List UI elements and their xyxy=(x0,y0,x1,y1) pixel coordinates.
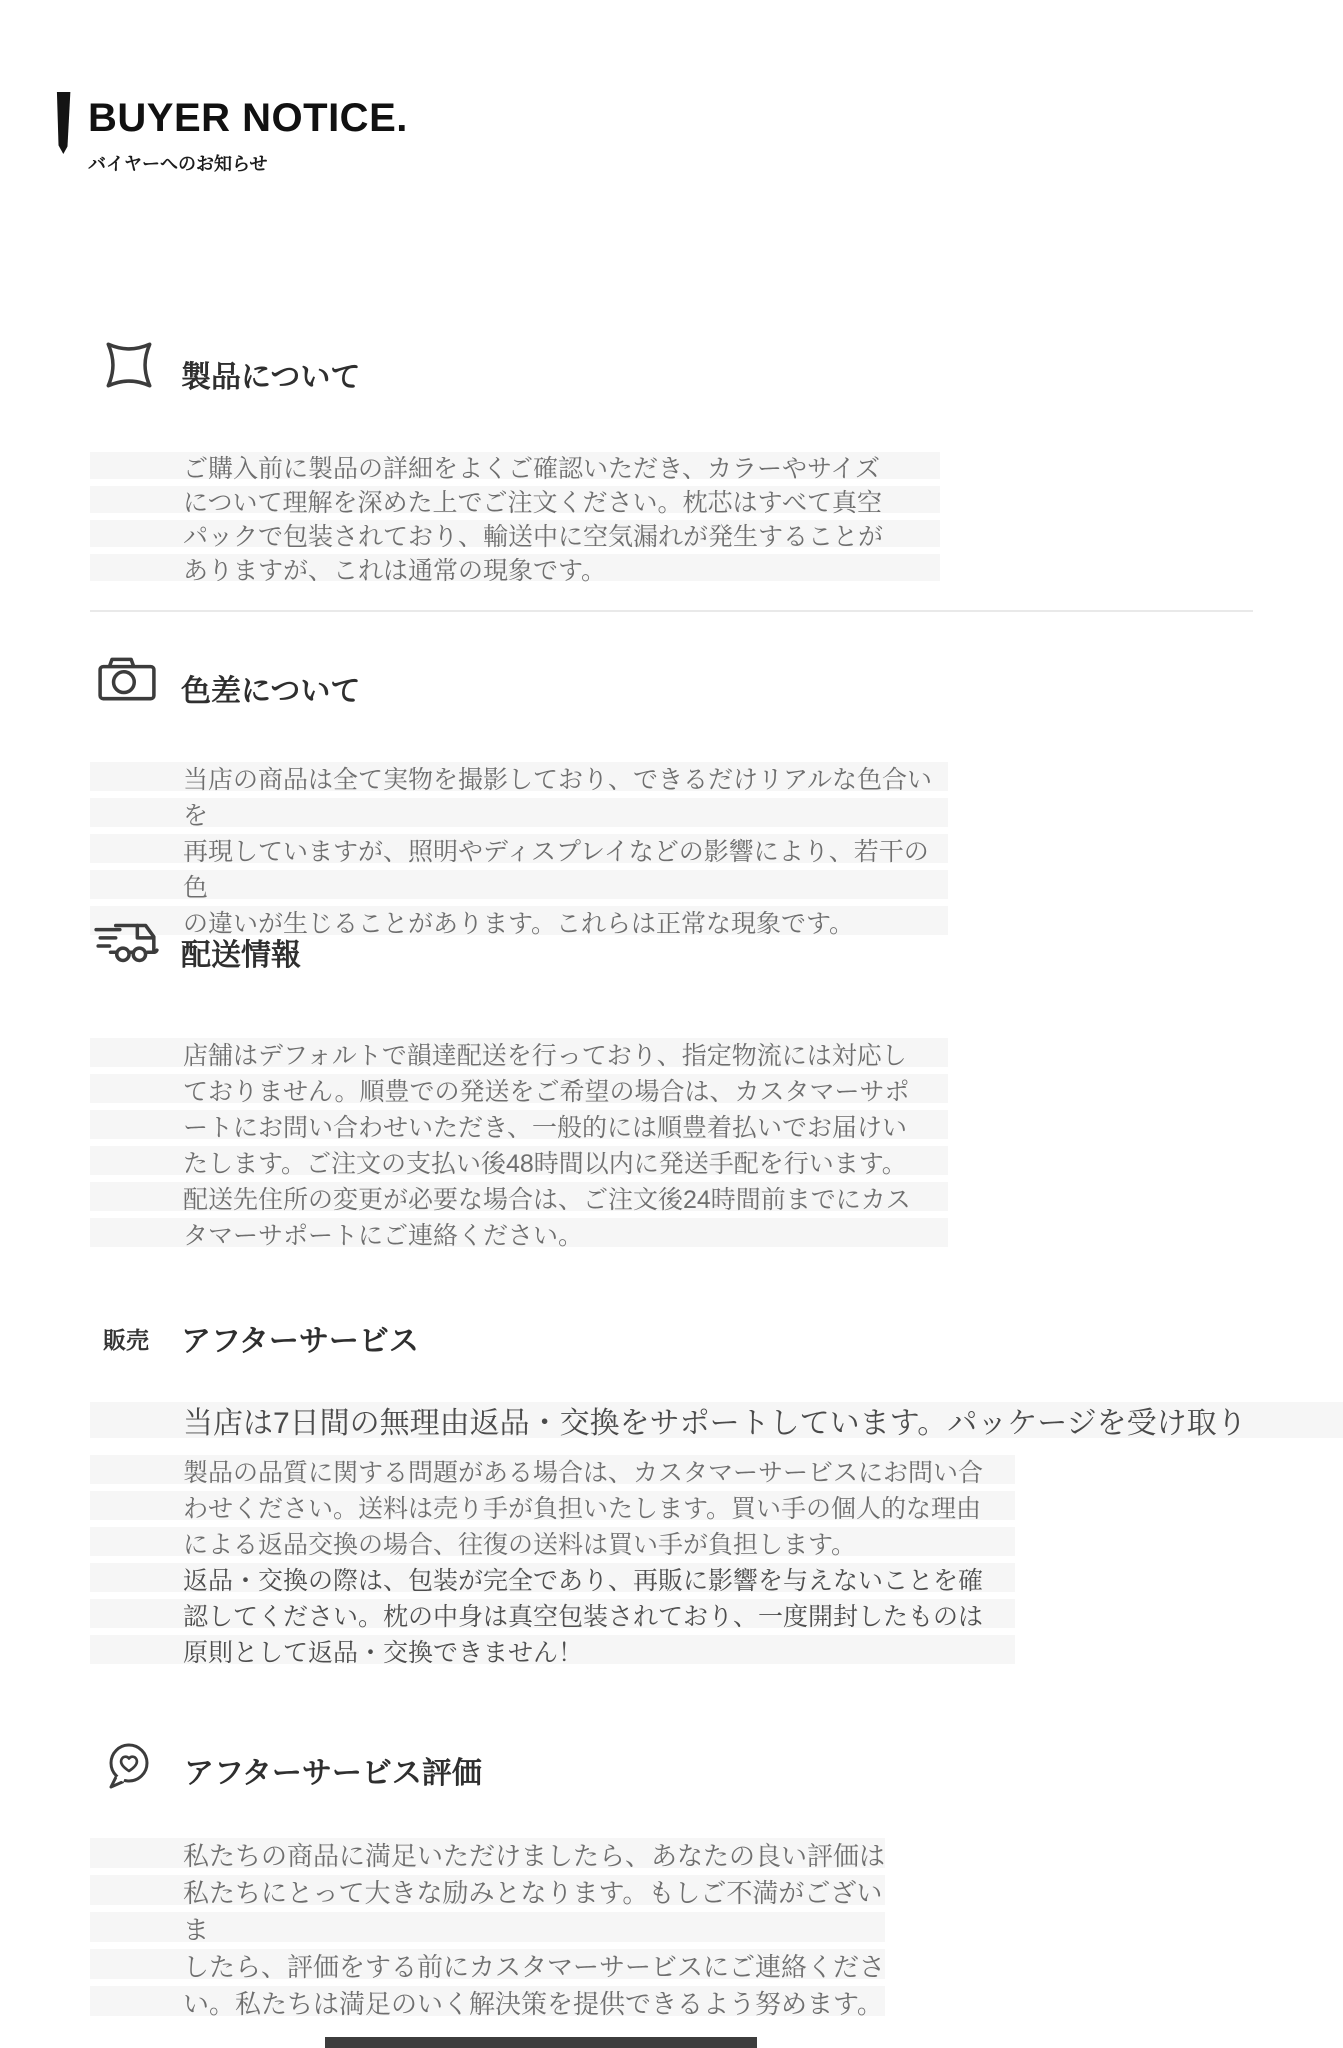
section-paragraph-product: ご購入前に製品の詳細をよくご確認いただき、カラーやサイズ について理解を深めた上… xyxy=(90,452,940,588)
section-paragraph-color: 当店の商品は全て実物を撮影しており、できるだけリアルな色合いを 再現していますが… xyxy=(90,762,948,942)
divider xyxy=(90,610,1253,612)
page-title: BUYER NOTICE. xyxy=(88,96,408,141)
section-paragraph-shipping: 店舗はデフォルトで韻達配送を行っており、指定物流には対応し ておりません。順豊で… xyxy=(90,1038,948,1254)
page-subtitle: バイヤーへのお知らせ xyxy=(88,150,267,176)
next-section-peek xyxy=(325,2037,757,2048)
section-heading-review: アフターサービス評価 xyxy=(184,1748,482,1792)
after-service-note-paragraph: 返品・交換の際は、包装が完全であり、再販に影響を与えないことを確 認してください… xyxy=(90,1563,1015,1671)
pillow-icon xyxy=(100,336,158,394)
after-service-lead-paragraph: 当店は7日間の無理由返品・交換をサポートしています。パッケージを受け取り xyxy=(90,1402,1343,1446)
buyer-notice-page: BUYER NOTICE. バイヤーへのお知らせ 製品について ご購入前に製品の… xyxy=(0,0,1343,2048)
camera-icon xyxy=(97,652,157,704)
section-heading-color: 色差について xyxy=(181,666,360,710)
accent-bar xyxy=(55,92,71,154)
section-heading-after-service: アフターサービス xyxy=(181,1316,419,1360)
section-heading-shipping: 配送情報 xyxy=(181,930,301,974)
section-paragraph-review: 私たちの商品に満足いただけましたら、あなたの良い評価は 私たちにとって大きな励み… xyxy=(90,1838,885,2023)
delivery-truck-icon xyxy=(92,916,160,972)
heart-chat-icon xyxy=(103,1740,155,1794)
after-service-body-paragraph: 製品の品質に関する問題がある場合は、カスタマーサービスにお問い合 わせください。… xyxy=(90,1455,1015,1563)
section-heading-product: 製品について xyxy=(181,352,360,396)
sales-label: 販売 xyxy=(103,1322,149,1355)
